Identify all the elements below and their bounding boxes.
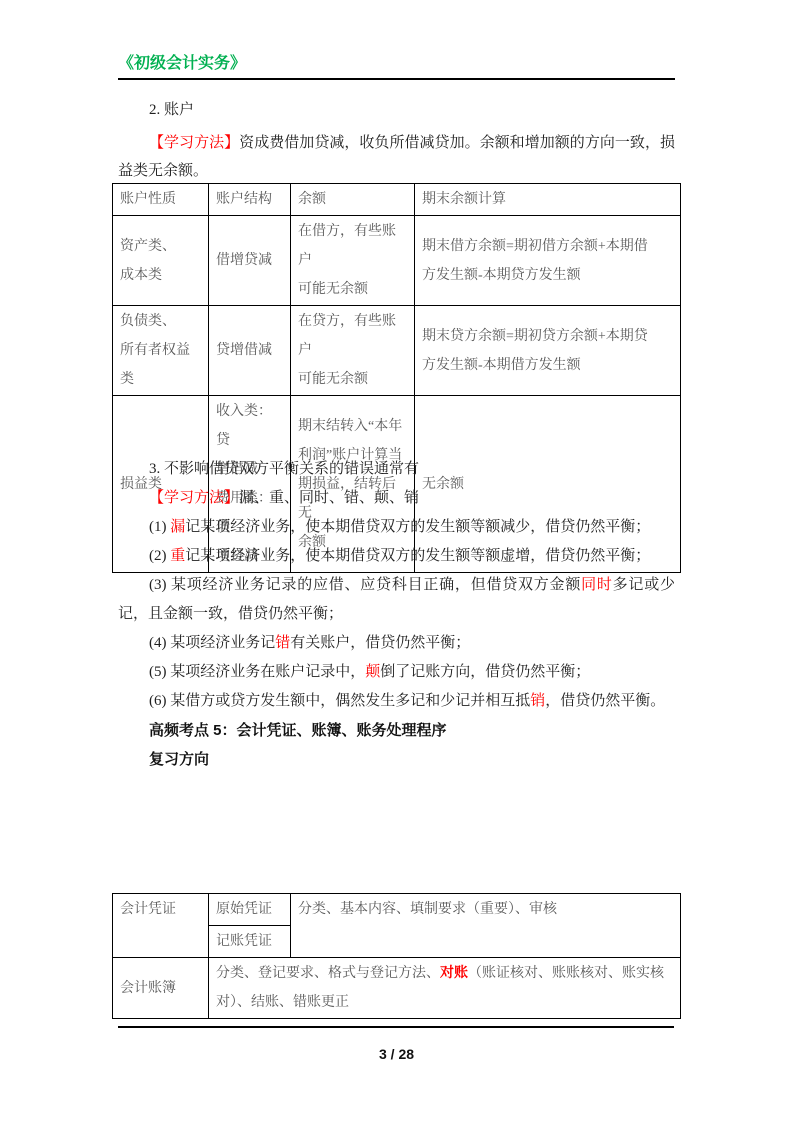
text-segment: 倒了记账方向，借贷仍然平衡；: [380, 664, 590, 680]
highlighted-text: 对账: [440, 966, 468, 981]
col-header-account-nature: 账户性质: [113, 184, 209, 216]
item3-heading: 3. 不影响借贷双方平衡关系的错误通常有: [118, 455, 675, 484]
text-segment: ，借贷仍然平衡。: [545, 693, 665, 709]
table-cell-original-voucher: 原始凭证: [209, 894, 291, 926]
table-cell: 期末借方余额=期初借方余额+本期借 方发生额-本期贷方发生额: [415, 216, 681, 306]
text-segment: 记某项经济业务，使本期借贷双方的发生额等额减少，借贷仍然平衡；: [185, 519, 650, 535]
error-item-2: (2) 重记某项经济业务，使本期借贷双方的发生额等额虚增，借贷仍然平衡；: [118, 542, 675, 571]
table-cell-bookkeeping-voucher: 记账凭证: [209, 926, 291, 958]
col-header-ending-balance-calc: 期末余额计算: [415, 184, 681, 216]
table-row: 资产类、 成本类 借增贷减 在借方，有些账户 可能无余额 期末借方余额=期初借方…: [113, 216, 681, 306]
text-segment: 分类、登记要求、格式与登记方法、: [216, 966, 440, 981]
text-segment: (1): [149, 519, 170, 535]
hot-topic-heading: 高频考点 5：会计凭证、账簿、账务处理程序: [118, 716, 675, 745]
document-page: 《初级会计实务》 2. 账户 【学习方法】资成费借加贷减，收负所借减贷加。余额和…: [0, 0, 793, 1122]
text-segment: 有关账户，借贷仍然平衡；: [290, 635, 470, 651]
table-cell-voucher-topics: 分类、基本内容、填制要求（重要）、审核: [291, 894, 681, 958]
highlighted-text: 【学习方法】: [149, 490, 239, 506]
item2-heading: 2. 账户: [118, 96, 675, 124]
text-segment: 记某项经济业务，使本期借贷双方的发生额等额虚增，借贷仍然平衡；: [185, 548, 650, 564]
table-cell: 资产类、 成本类: [113, 216, 209, 306]
table-cell: 期末贷方余额=期初贷方余额+本期贷 方发生额-本期借方发生额: [415, 306, 681, 396]
text-segment: 漏、重、同时、错、颠、销: [239, 490, 419, 506]
section-errors: 3. 不影响借贷双方平衡关系的错误通常有 【学习方法】漏、重、同时、错、颠、销 …: [118, 455, 675, 774]
table-row: 负债类、 所有者权益类 贷增借减 在贷方，有些账户 可能无余额 期末贷方余额=期…: [113, 306, 681, 396]
document-title: 《初级会计实务》: [118, 54, 675, 74]
error-item-5: (5) 某项经济业务在账户记录中，颠倒了记账方向，借贷仍然平衡；: [118, 658, 675, 687]
error-item-1: (1) 漏记某项经济业务，使本期借贷双方的发生额等额减少，借贷仍然平衡；: [118, 513, 675, 542]
table-cell-accounting-books: 会计账簿: [113, 958, 209, 1019]
study-method-1-paragraph: 【学习方法】资成费借加贷减，收负所借减贷加。余额和增加额的方向一致，损益类无余额…: [118, 129, 675, 185]
table-cell: 负债类、 所有者权益类: [113, 306, 209, 396]
table-cell: 在借方，有些账户 可能无余额: [291, 216, 415, 306]
error-item-4: (4) 某项经济业务记错有关账户，借贷仍然平衡；: [118, 629, 675, 658]
footer-divider: [118, 1026, 674, 1028]
highlighted-text: 【学习方法】: [149, 135, 239, 151]
error-item-6: (6) 某借方或贷方发生额中，偶然发生多记和少记并相互抵销，借贷仍然平衡。: [118, 687, 675, 716]
table-header-row: 账户性质 账户结构 余额 期末余额计算: [113, 184, 681, 216]
error-item-3: (3) 某项经济业务记录的应借、应贷科目正确，但借贷双方金额同时多记或少记，且金…: [118, 571, 675, 629]
page-number: 3 / 28: [0, 1046, 793, 1062]
table-cell: 借增贷减: [209, 216, 291, 306]
document-header: 《初级会计实务》: [118, 54, 675, 80]
study-method-2-paragraph: 【学习方法】漏、重、同时、错、颠、销: [118, 484, 675, 513]
table-row: 会计账簿 分类、登记要求、格式与登记方法、对账（账证核对、账账核对、账实核对）、…: [113, 958, 681, 1019]
col-header-balance: 余额: [291, 184, 415, 216]
table-cell: 在贷方，有些账户 可能无余额: [291, 306, 415, 396]
vouchers-books-table: 会计凭证 原始凭证 分类、基本内容、填制要求（重要）、审核 记账凭证 会计账簿 …: [112, 893, 681, 1019]
text-segment: (2): [149, 548, 170, 564]
text-segment: (4) 某项经济业务记: [149, 635, 275, 651]
highlighted-text: 错: [275, 635, 290, 651]
table-row: 会计凭证 原始凭证 分类、基本内容、填制要求（重要）、审核: [113, 894, 681, 926]
table-cell-books-topics: 分类、登记要求、格式与登记方法、对账（账证核对、账账核对、账实核对）、结账、错账…: [209, 958, 681, 1019]
review-direction-heading: 复习方向: [118, 745, 675, 774]
col-header-account-structure: 账户结构: [209, 184, 291, 216]
text-segment: (5) 某项经济业务在账户记录中，: [149, 664, 365, 680]
highlighted-text: 同时: [581, 577, 613, 593]
text-segment: (3) 某项经济业务记录的应借、应贷科目正确，但借贷双方金额: [149, 577, 581, 593]
highlighted-text: 漏: [170, 519, 185, 535]
table-cell-accounting-vouchers: 会计凭证: [113, 894, 209, 958]
highlighted-text: 重: [170, 548, 185, 564]
highlighted-text: 颠: [365, 664, 380, 680]
table-cell: 贷增借减: [209, 306, 291, 396]
text-segment: (6) 某借方或贷方发生额中，偶然发生多记和少记并相互抵: [149, 693, 530, 709]
highlighted-text: 销: [530, 693, 545, 709]
